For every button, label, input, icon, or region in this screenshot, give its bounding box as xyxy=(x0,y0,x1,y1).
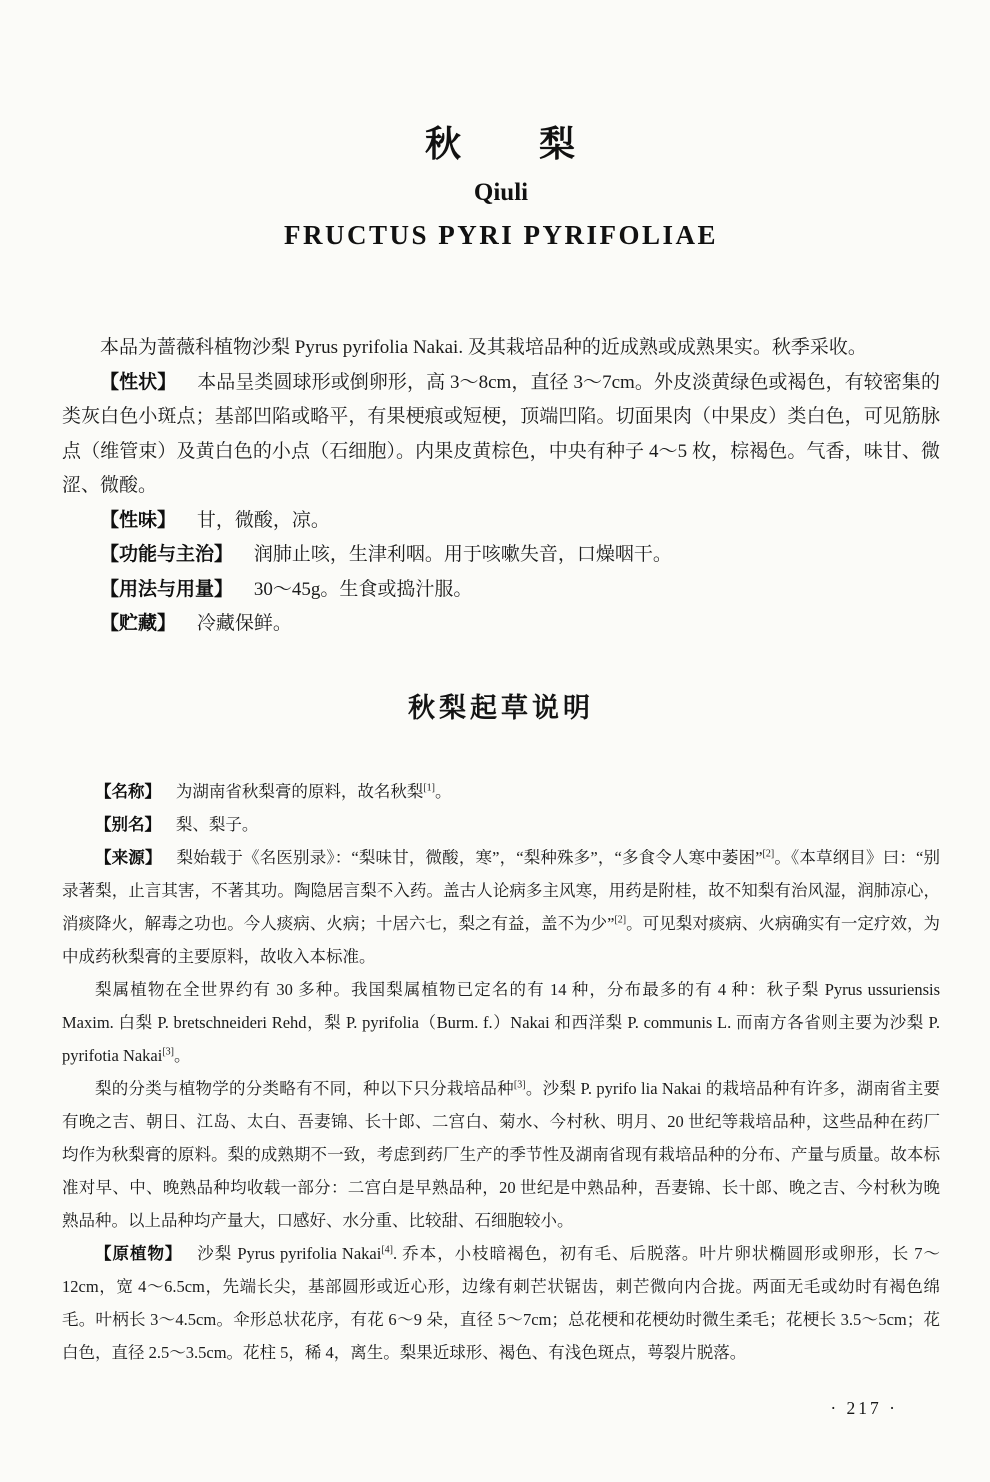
intro-text: 本品为蔷薇科植物沙梨 Pyrus pyrifolia Nakai. 及其栽培品种… xyxy=(100,337,867,358)
entry-label: 【功能与主治】 xyxy=(100,544,233,565)
entry-text: 冷藏保鲜。 xyxy=(197,613,292,634)
note-paragraph-yuanzhiwu: 【原植物】沙梨 Pyrus pyrifolia Nakai[4]. 乔本，小枝暗… xyxy=(62,1237,940,1369)
entry-text: 甘，微酸，凉。 xyxy=(197,510,330,531)
note-paragraph-pear-species: 梨属植物在全世界约有 30 多种。我国梨属植物已定名的有 14 种，分布最多的有… xyxy=(62,973,940,1072)
document-page: 秋 梨 Qiuli FRUCTUS PYRI PYRIFOLIAE 本品为蔷薇科… xyxy=(0,0,990,1482)
entry-label: 【贮藏】 xyxy=(100,613,176,634)
note-paragraph-bieming: 【别名】梨、梨子。 xyxy=(62,808,940,841)
entry-paragraph-xingwei: 【性味】甘，微酸，凉。 xyxy=(62,504,940,539)
note-label: 【原植物】 xyxy=(95,1244,182,1263)
entry-text: 本品呈类圆球形或倒卵形，高 3～8cm，直径 3～7cm。外皮淡黄绿色或褐色，有… xyxy=(62,372,940,497)
note-text: 为湖南省秋梨膏的原料，故名秋梨[1]。 xyxy=(176,782,452,801)
note-text: 梨、梨子。 xyxy=(176,815,259,834)
page-title-chinese: 秋 梨 xyxy=(62,0,940,167)
note-paragraph-cultivars: 梨的分类与植物学的分类略有不同，种以下只分栽培品种[3]。沙梨 P. pyrif… xyxy=(62,1072,940,1237)
note-text: 梨的分类与植物学的分类略有不同，种以下只分栽培品种[3]。沙梨 P. pyrif… xyxy=(62,1079,940,1230)
entry-label: 【性状】 xyxy=(100,372,176,393)
page-number: · 217 · xyxy=(830,1398,898,1419)
notes-section: 【名称】为湖南省秋梨膏的原料，故名秋梨[1]。 【别名】梨、梨子。 【来源】梨始… xyxy=(62,775,940,1369)
entry-paragraph-gongneng: 【功能与主治】润肺止咳，生津利咽。用于咳嗽失音，口燥咽干。 xyxy=(62,538,940,573)
note-text: 梨始载于《名医别录》：“梨味甘，微酸，寒”，“梨种殊多”，“多食令人寒中萎困”[… xyxy=(62,848,940,966)
note-label: 【名称】 xyxy=(95,782,161,801)
entry-paragraph-zhucang: 【贮藏】冷藏保鲜。 xyxy=(62,607,940,642)
entry-paragraph-xingzhuang: 【性状】本品呈类圆球形或倒卵形，高 3～8cm，直径 3～7cm。外皮淡黄绿色或… xyxy=(62,366,940,504)
entry-text: 润肺止咳，生津利咽。用于咳嗽失音，口燥咽干。 xyxy=(254,544,672,565)
note-label: 【来源】 xyxy=(95,848,162,867)
entry-label: 【用法与用量】 xyxy=(100,579,233,600)
page-title-latin: FRUCTUS PYRI PYRIFOLIAE xyxy=(62,220,940,251)
note-text: 梨属植物在全世界约有 30 多种。我国梨属植物已定名的有 14 种，分布最多的有… xyxy=(62,980,940,1065)
entry-paragraph-yongfa: 【用法与用量】30～45g。生食或捣汁服。 xyxy=(62,573,940,608)
note-text: 沙梨 Pyrus pyrifolia Nakai[4]. 乔本，小枝暗褐色，初有… xyxy=(62,1244,940,1362)
entry-text: 30～45g。生食或捣汁服。 xyxy=(254,579,473,600)
note-paragraph-mingcheng: 【名称】为湖南省秋梨膏的原料，故名秋梨[1]。 xyxy=(62,775,940,808)
note-label: 【别名】 xyxy=(95,815,161,834)
entry-label: 【性味】 xyxy=(100,510,176,531)
intro-paragraph: 本品为蔷薇科植物沙梨 Pyrus pyrifolia Nakai. 及其栽培品种… xyxy=(62,331,940,366)
monograph-section: 本品为蔷薇科植物沙梨 Pyrus pyrifolia Nakai. 及其栽培品种… xyxy=(62,331,940,642)
notes-section-title: 秋梨起草说明 xyxy=(62,686,940,725)
page-title-pinyin: Qiuli xyxy=(62,179,940,207)
note-paragraph-laiyuan: 【来源】梨始载于《名医别录》：“梨味甘，微酸，寒”，“梨种殊多”，“多食令人寒中… xyxy=(62,841,940,973)
